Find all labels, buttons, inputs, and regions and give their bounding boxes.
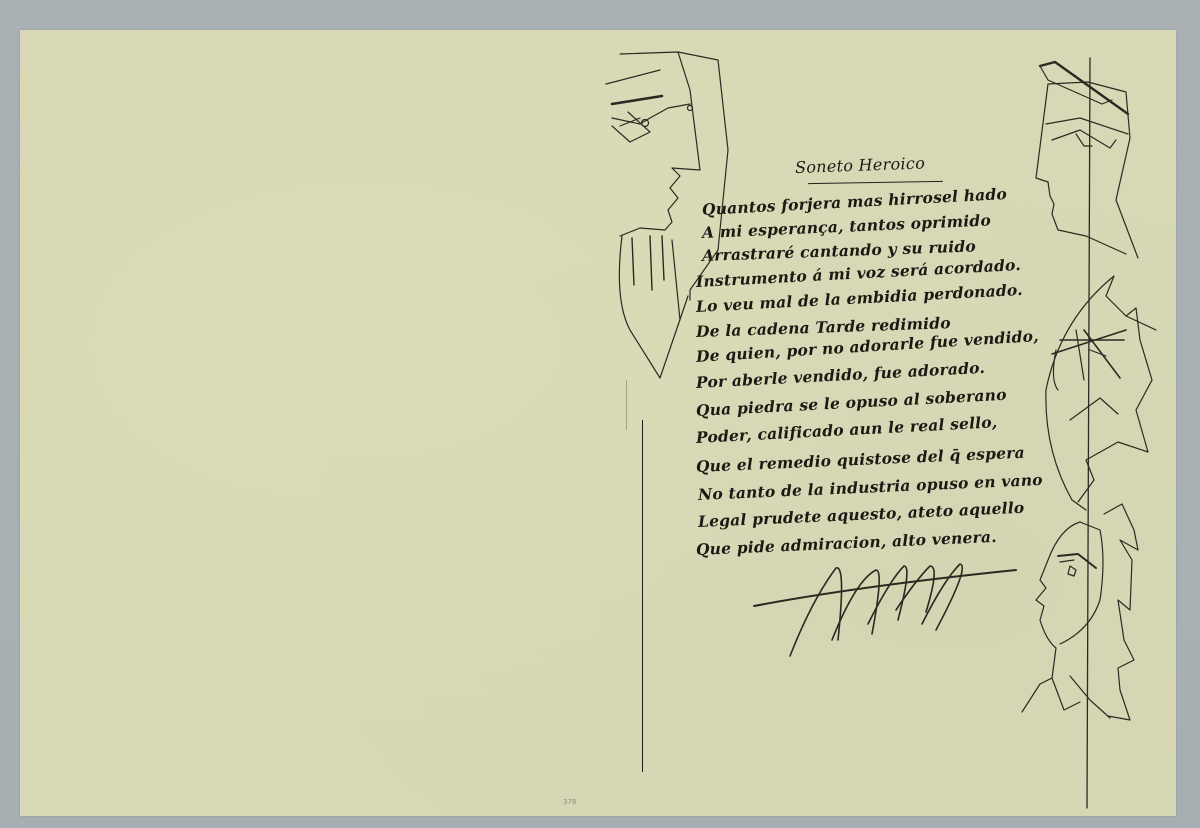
vertical-ink-line [642, 420, 643, 772]
paper-sheet [20, 30, 1176, 816]
faint-vertical-line [626, 380, 627, 430]
edition-mark: 378 [563, 798, 576, 806]
artwork-stage: Soneto Heroico Quantos forjera mas hirro… [0, 0, 1200, 828]
